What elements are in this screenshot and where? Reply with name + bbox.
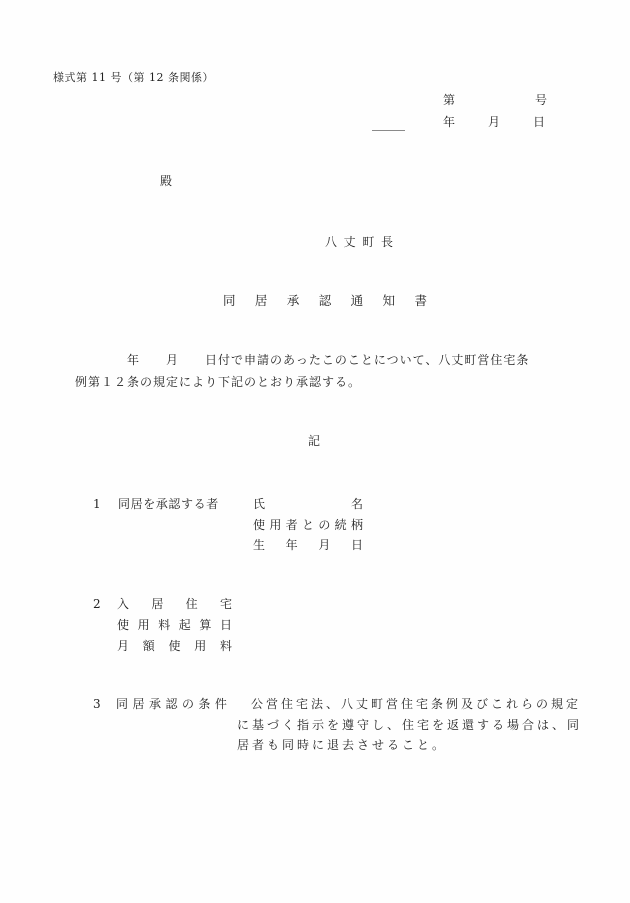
condition-line-3: 居者も同時に退去させること。 <box>237 735 589 756</box>
date-day-label: 日 <box>533 114 545 130</box>
date-month-label: 月 <box>488 114 500 130</box>
item-3-label: 同居承認の条件 <box>116 694 227 715</box>
item-3-number: 3 <box>93 694 101 715</box>
doc-no-suffix: 号 <box>535 92 547 108</box>
document-page: 様式第 11 号（第 12 条関係） 第 号 年 月 日 殿 八丈町長 同居承認… <box>0 0 630 903</box>
date-year-label: 年 <box>443 114 455 130</box>
document-number-line: 第 号 <box>443 92 547 108</box>
doc-no-prefix: 第 <box>443 92 455 108</box>
body-paragraph: 年 月 日付で申請のあったこのことについて、八丈町営住宅条 例第１２条の規定によ… <box>75 349 565 393</box>
item-1-number: 1 <box>93 494 101 515</box>
body-line-1: 年 月 日付で申請のあったこのことについて、八丈町営住宅条 <box>75 349 565 371</box>
issuer-title: 八丈町長 <box>325 234 393 250</box>
field-housing-label: 入居住宅 <box>117 594 232 615</box>
item-2-fields: 入居住宅 使用料起算日 月額使用料 <box>117 594 232 657</box>
field-name-label: 氏名 <box>253 494 363 515</box>
item-1-fields: 氏名 使用者との続柄 生年月日 <box>253 494 363 556</box>
field-monthly-fee-label: 月額使用料 <box>117 636 232 657</box>
body-line-2: 例第１２条の規定により下記のとおり承認する。 <box>75 371 565 393</box>
condition-line-1: 公営住宅法、八丈町営住宅条例及びこれらの規定 <box>237 694 589 715</box>
item-3-condition-paragraph: 公営住宅法、八丈町営住宅条例及びこれらの規定 に基づく指示を遵守し、住宅を返還す… <box>237 694 589 756</box>
addressee-honorific: 殿 <box>160 173 172 189</box>
condition-line-2: に基づく指示を遵守し、住宅を返還する場合は、同 <box>237 715 589 736</box>
field-relationship-label: 使用者との続柄 <box>253 515 363 536</box>
record-marker: 記 <box>308 433 320 449</box>
field-birthdate-label: 生年月日 <box>253 535 363 556</box>
field-fee-start-date-label: 使用料起算日 <box>117 615 232 636</box>
document-title: 同居承認通知書 <box>223 293 427 309</box>
item-1-label: 同居を承認する者 <box>118 494 219 515</box>
item-2-number: 2 <box>93 594 101 615</box>
form-number: 様式第 11 号（第 12 条関係） <box>53 70 214 86</box>
stray-scan-mark <box>372 130 405 131</box>
date-line: 年 月 日 <box>443 114 545 130</box>
